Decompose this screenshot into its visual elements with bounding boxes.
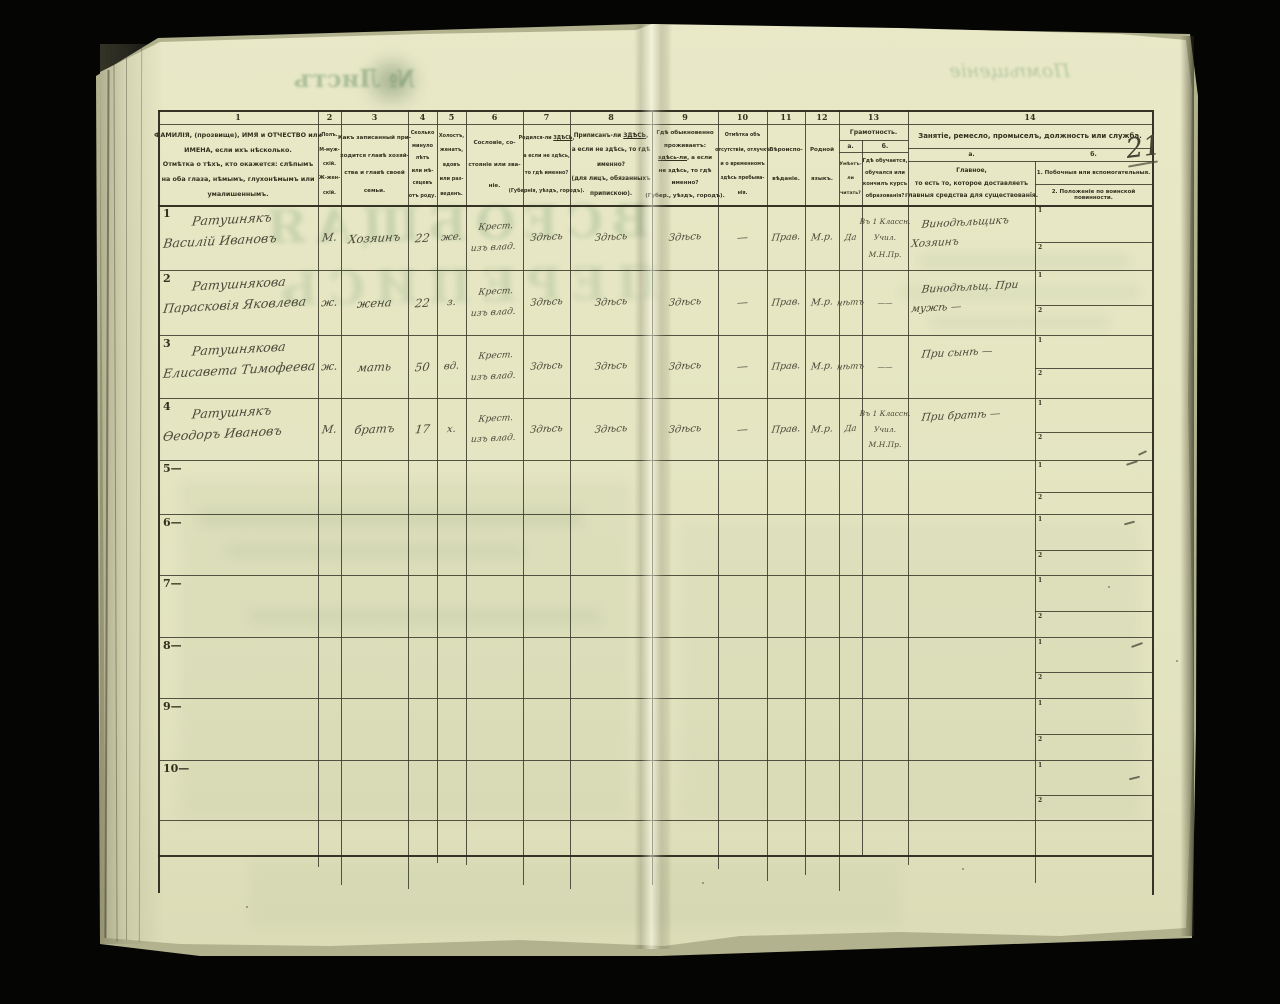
text-line: Сословіе, со-	[473, 140, 515, 146]
entry-estate: Крест.изъ влад.	[462, 210, 526, 266]
text-line: При сынѣ —	[920, 340, 1035, 365]
speck	[1108, 586, 1110, 588]
grid-hline	[158, 855, 1152, 857]
census-table: 1234567891011121314ФАМИЛІЯ, (прозвище), …	[0, 0, 1280, 1004]
text-line: Ѳеодоръ Ивановъ	[162, 421, 315, 444]
entry-resides: Здѣсь	[648, 333, 722, 399]
text-line: не здѣсь, то гдѣ	[658, 168, 711, 174]
aux-sub-label-2: 2	[1038, 307, 1048, 316]
header-birthplace: Родился-ли ЗДѢСЬ,а если не здѣсь,то гдѣ …	[523, 124, 570, 205]
header-religion: Вѣроиспо-вѣданіе.	[767, 124, 805, 205]
text-line: лѣтъ	[416, 155, 430, 161]
text-line: Крест.	[478, 350, 514, 362]
text-line: вѣданіе.	[772, 176, 800, 182]
entry-registered: Здѣсь	[566, 203, 657, 272]
text-line: Елисавета Тимофеева	[162, 358, 315, 381]
text-line: на оба глаза, нѣмымъ, глухонѣмымъ или	[162, 175, 315, 183]
entry-occupation: При сынѣ —	[908, 340, 1035, 395]
text-line: женатъ,	[440, 147, 463, 153]
aux-sub-label-2: 2	[1038, 244, 1048, 253]
aux-sub-label-1: 1	[1038, 762, 1048, 771]
text-line: Крест.	[478, 221, 514, 233]
header-literacy-a-label: а.	[839, 140, 862, 152]
header-absence: Отмѣтка объотсутствіи, отлучкѣи о времен…	[718, 124, 767, 205]
column-number-2: 2	[318, 110, 341, 124]
text-line: умалишеннымъ.	[207, 190, 268, 198]
text-line: изъ влад.	[470, 370, 516, 382]
text-line: языкъ.	[811, 176, 833, 182]
text-line: изъ влад.	[470, 433, 516, 445]
entry-occupation: ВинодѣльщикъХозяинъ	[908, 210, 1035, 267]
header-names: ФАМИЛІЯ, (прозвище), ИМЯ и ОТЧЕСТВО илиИ…	[158, 124, 318, 205]
entry-absence: —	[714, 334, 771, 399]
column-number-13: 13	[839, 110, 908, 124]
text-line: отъ роду.	[409, 193, 436, 199]
entry-name: РатушнякъВасилій Ивановъ	[160, 207, 318, 270]
text-line: минуло	[412, 143, 433, 149]
entry-education: ——	[862, 339, 908, 394]
row-number: 7—	[163, 577, 197, 591]
entry-resides: Здѣсь	[648, 203, 723, 271]
text-line: Родной	[810, 147, 834, 153]
aux-sub-label-1: 1	[1038, 577, 1048, 586]
header-occupation-a-label: а.	[908, 148, 1035, 161]
text-line: и о временномъ	[720, 162, 764, 167]
grid-hline	[158, 575, 1152, 576]
entry-occupation: Винодѣльщ. Примужѣ —	[908, 275, 1035, 332]
text-line: кончилъ курсъ	[863, 181, 907, 187]
text-line: припискою).	[590, 191, 632, 197]
text-line: Ратушнякъ	[191, 400, 318, 421]
aux-sub-label-1: 1	[1038, 462, 1048, 471]
entry-born: Здѣсь	[519, 204, 574, 271]
entry-absence: —	[714, 269, 771, 336]
text-line: читать?	[840, 191, 861, 196]
text-line: Ратушнякова	[191, 337, 318, 358]
text-line: Крест.	[478, 286, 514, 298]
aux-sub-label-2: 2	[1038, 674, 1048, 683]
text-line: веденъ.	[440, 191, 463, 197]
column-number-6: 6	[466, 110, 523, 124]
text-line: Отмѣтка о тѣхъ, кто окажется: слѣпымъ	[163, 160, 313, 168]
aux-sub-label-2: 2	[1038, 434, 1048, 443]
grid-hline	[158, 698, 1152, 699]
header-occupation-aux-2: 2. Положеніе по воинской повинности.	[1035, 184, 1152, 205]
speck	[962, 868, 964, 870]
entry-relation: жена	[337, 268, 413, 336]
entry-resides: Здѣсь	[648, 396, 722, 461]
column-number-11: 11	[767, 110, 805, 124]
column-number-7: 7	[523, 110, 570, 124]
column-number-5: 5	[437, 110, 466, 124]
grid-subline	[1035, 305, 1152, 306]
text-line: здѣсь пребыва-	[721, 176, 765, 181]
text-line: стояніе или зва-	[468, 162, 520, 168]
text-line: М.Н.Пр.	[869, 440, 902, 449]
grid-hline	[158, 637, 1152, 638]
speck	[702, 882, 704, 884]
row-number: 9—	[163, 700, 197, 714]
aux-sub-label-2: 2	[1038, 370, 1048, 379]
text-line: то есть то, которое доставляетъ	[915, 180, 1028, 187]
header-language: Роднойязыкъ.	[805, 124, 839, 205]
text-line: Гдѣ обучается,	[863, 158, 908, 164]
aux-sub-label-2: 2	[1038, 797, 1048, 806]
grid-hline	[158, 820, 1152, 821]
text-line: Парасковія Яковлева	[162, 293, 315, 316]
text-line: (для лицъ, обязанныхъ	[572, 176, 651, 182]
text-line: а если не здѣсь, то гдѣ	[572, 147, 651, 153]
aux-sub-label-1: 1	[1038, 272, 1048, 281]
text-line: М.Н.Пр.	[869, 250, 902, 259]
header-registration: Приписанъ-ли ЗДѢСЬ,а если не здѣсь, то г…	[570, 124, 652, 205]
text-line: ства и главѣ своей	[344, 170, 405, 176]
entry-education: Въ 1 Классн.Учил.М.Н.Пр.	[862, 209, 908, 266]
grid-subline	[1035, 672, 1152, 673]
aux-sub-label-1: 1	[1038, 516, 1048, 525]
entry-born: Здѣсь	[519, 334, 574, 399]
text-line: главныя средства для существованія.	[905, 192, 1038, 199]
aux-sub-label-2: 2	[1038, 736, 1048, 745]
grid-subline	[1035, 368, 1152, 369]
grid-subline	[1035, 492, 1152, 493]
text-line: вдовъ	[443, 162, 460, 168]
text-line: Въ 1 Классн.	[860, 217, 911, 226]
grid-vline	[1152, 110, 1154, 895]
text-line: изъ влад.	[470, 242, 516, 254]
entry-name: РатушняковаПарасковія Яковлева	[160, 272, 318, 335]
row-number: 5—	[163, 462, 197, 476]
entry-born: Здѣсь	[519, 269, 574, 336]
column-number-1: 1	[158, 110, 318, 124]
entry-estate: Крест.изъ влад.	[462, 275, 526, 331]
text-line: Умѣетъ-	[839, 162, 861, 167]
aux-sub-label-1: 1	[1038, 639, 1048, 648]
row-number: 6—	[163, 516, 197, 530]
grid-subline	[1035, 550, 1152, 551]
text-line: Вѣроиспо-	[769, 147, 803, 153]
entry-estate: Крест.изъ влад.	[463, 340, 527, 394]
text-line: семьи.	[364, 188, 385, 194]
header-relation: Какъ записанный при-ходится главѣ хозяй-…	[341, 124, 408, 205]
text-line: или раз-	[440, 176, 464, 182]
text-line: Гдѣ обыкновенно	[656, 130, 713, 136]
text-line: Холостъ,	[439, 133, 464, 139]
text-line: ходится главѣ хозяй-	[340, 153, 409, 159]
aux-sub-label-2: 2	[1038, 494, 1048, 503]
text-line: Какъ записанный при-	[338, 135, 411, 141]
entry-name: РатушняковаЕлисавета Тимофеева	[160, 337, 318, 398]
text-line: здѣсь-ли, а если	[658, 155, 712, 161]
header-age: Сколькоминулолѣтъили мѣ-сяцевъотъ роду.	[408, 124, 437, 205]
text-line: ФАМИЛІЯ, (прозвище), ИМЯ и ОТЧЕСТВО или	[154, 131, 322, 139]
text-line: сяцевъ	[413, 180, 433, 186]
text-line: Крест.	[478, 413, 514, 425]
text-line: нія.	[738, 191, 748, 196]
entry-relation: мать	[337, 333, 412, 399]
text-line: Приписанъ-ли ЗДѢСЬ,	[574, 133, 649, 139]
header-occupation-title: Занятіе, ремесло, промыселъ, должность и…	[908, 124, 1152, 148]
text-line: Главное,	[956, 167, 987, 174]
text-line: ——	[878, 298, 893, 307]
column-number-4: 4	[408, 110, 437, 124]
row-number: 8—	[163, 639, 197, 653]
column-number-3: 3	[341, 110, 408, 124]
text-line: При братѣ —	[920, 403, 1035, 428]
aux-sub-label-1: 1	[1038, 400, 1048, 409]
text-line: Ж-жен-	[319, 176, 340, 181]
grid-subline	[1035, 432, 1152, 433]
column-number-14: 14	[908, 110, 1152, 124]
text-line: М-муж-	[319, 148, 340, 153]
aux-sub-label-1: 1	[1038, 700, 1048, 709]
speck	[1176, 660, 1178, 662]
entry-absence: —	[714, 204, 771, 271]
text-line: изъ влад.	[470, 307, 516, 319]
aux-sub-label-1: 1	[1038, 207, 1048, 216]
text-line: или мѣ-	[412, 168, 434, 174]
text-line: Въ 1 Классн.	[860, 409, 911, 418]
entry-registered: Здѣсь	[566, 333, 656, 400]
header-can-read: Умѣетъ-личитать?	[839, 152, 862, 205]
grid-vline	[158, 110, 160, 893]
text-line: Учил.	[874, 425, 896, 434]
text-line: Ратушнякова	[191, 272, 318, 293]
text-line: именно?	[671, 180, 698, 186]
row-number: 10—	[163, 762, 197, 776]
text-line: Сколько	[411, 130, 435, 136]
text-line: Василій Ивановъ	[162, 228, 315, 251]
text-line: Родился-ли ЗДѢСЬ,	[519, 135, 575, 141]
header-residence: Гдѣ обыкновеннопроживаетъ:здѣсь-ли, а ес…	[652, 124, 718, 205]
column-number-8: 8	[570, 110, 652, 124]
header-occupation-main: Главное,то есть то, которое доставляетъг…	[908, 161, 1035, 205]
text-line: скій.	[323, 162, 336, 167]
grid-subline	[1035, 242, 1152, 243]
text-line: отсутствіи, отлучкѣ	[715, 148, 770, 153]
entry-registered: Здѣсь	[566, 268, 657, 337]
text-line: (Губер., уѣздъ, городъ).	[645, 193, 725, 199]
entry-resides: Здѣсь	[648, 268, 723, 336]
header-marital: Холостъ,женатъ,вдовъили раз-веденъ.	[437, 124, 466, 205]
aux-sub-label-1: 1	[1038, 337, 1048, 346]
column-number-10: 10	[718, 110, 767, 124]
grid-subline	[1035, 611, 1152, 612]
entry-education: ——	[862, 274, 908, 331]
column-number-9: 9	[652, 110, 718, 124]
aux-sub-label-2: 2	[1038, 552, 1048, 561]
text-line: Отмѣтка объ	[725, 133, 761, 138]
text-line: Учил.	[874, 233, 896, 242]
entry-born: Здѣсь	[519, 397, 574, 461]
text-line: именно?	[597, 162, 625, 168]
entry-registered: Здѣсь	[566, 396, 656, 462]
text-line: ли	[847, 176, 854, 181]
scanned-census-book-spread: ВСЕОБЩАЯ ПЕРЕПИСЬ № Листъ Помѣщеніе 1234…	[0, 0, 1280, 1004]
header-literacy-title: Грамотность.	[839, 124, 908, 140]
text-line: Полъ.	[321, 133, 337, 138]
text-line: скій.	[323, 191, 336, 196]
text-line: Ратушнякъ	[191, 207, 318, 228]
entry-education: Въ 1 Классн.Учил.М.Н.Пр.	[862, 402, 908, 456]
header-education: Гдѣ обучается,обучался иликончилъ курсъо…	[862, 152, 908, 205]
header-literacy-b-label: б.	[862, 140, 908, 152]
text-line: обучался или	[865, 170, 905, 176]
text-line: проживаетъ:	[664, 143, 706, 149]
entry-relation: братъ	[337, 396, 412, 461]
text-line: образованія?	[866, 193, 905, 199]
grid-subline	[1035, 734, 1152, 735]
text-line: ніе.	[489, 183, 501, 189]
entry-occupation: При братѣ —	[909, 403, 1036, 457]
text-line: ——	[878, 362, 893, 371]
text-line: а если не здѣсь,	[523, 153, 570, 159]
aux-sub-label-2: 2	[1038, 613, 1048, 622]
speck	[246, 906, 248, 908]
entry-absence: —	[714, 397, 771, 461]
entry-estate: Крест.изъ влад.	[463, 403, 527, 456]
entry-name: РатушнякъѲеодоръ Ивановъ	[160, 400, 318, 460]
text-line: ИМЕНА, если ихъ нѣсколько.	[184, 146, 292, 154]
entry-relation: Хозяинъ	[337, 203, 413, 271]
column-number-12: 12	[805, 110, 839, 124]
grid-hline	[158, 514, 1152, 515]
text-line: то гдѣ именно?	[525, 170, 568, 176]
grid-hline	[158, 760, 1152, 761]
grid-subline	[1035, 795, 1152, 796]
